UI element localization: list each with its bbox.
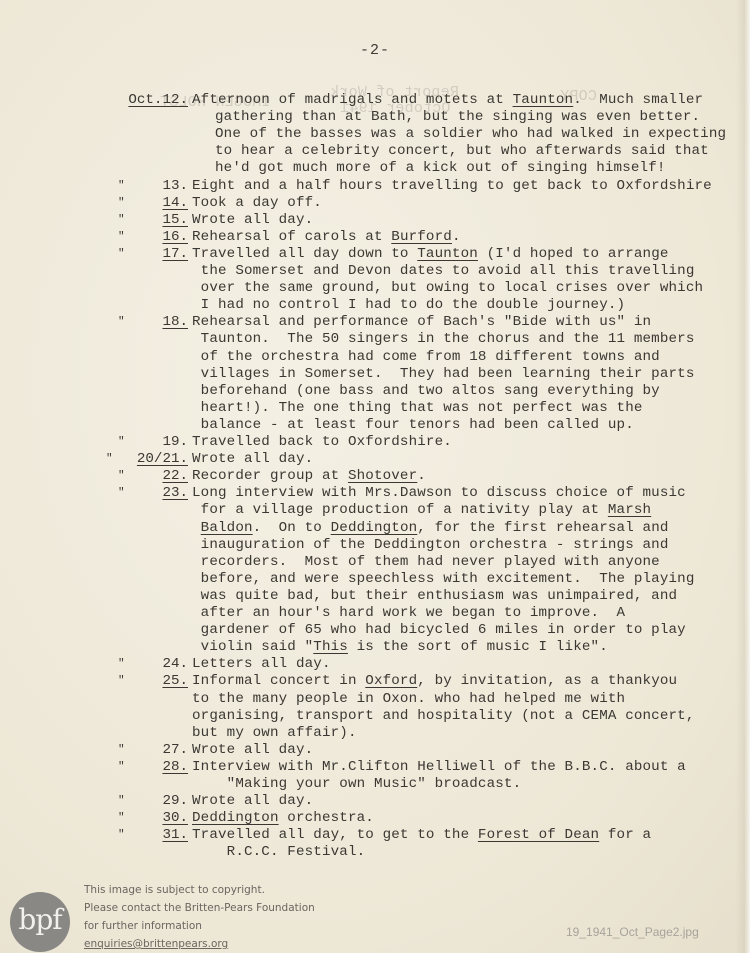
underlined-place-name: Taunton xyxy=(417,246,478,262)
entry-text-line: balance - at least four tenors had been … xyxy=(192,417,634,434)
underlined-place-name: Taunton xyxy=(513,92,574,108)
text-segment: Long interview with Mrs.Dawson to discus… xyxy=(192,485,686,501)
underlined-place-name: Burford xyxy=(391,229,452,245)
entry-text-line: violin said "This is the sort of music I… xyxy=(192,639,608,656)
entry-date: 18. xyxy=(162,314,188,331)
entry-date: 23. xyxy=(162,485,188,502)
text-segment: was quite bad, but their enthusiasm was … xyxy=(192,588,677,604)
ditto-mark: " xyxy=(118,212,125,229)
entry-text-line: for a village production of a nativity p… xyxy=(192,502,651,519)
text-segment: violin said " xyxy=(192,639,313,655)
text-segment: over the same ground, but owing to local… xyxy=(192,280,703,296)
text-segment: Travelled all day down to xyxy=(192,246,417,262)
page-number: -2- xyxy=(0,42,750,59)
entry-text-line: Baldon. On to Deddington, for the first … xyxy=(192,520,669,537)
text-segment: the Somerset and Devon dates to avoid al… xyxy=(192,263,695,279)
ditto-mark: " xyxy=(106,451,113,468)
text-segment: Took a day off. xyxy=(192,195,322,211)
ditto-mark: " xyxy=(118,178,125,195)
text-segment: organising, transport and hospitality (n… xyxy=(192,708,695,724)
entry-text-line: Informal concert in Oxford, by invitatio… xyxy=(192,673,677,690)
text-segment: Afternoon of madrigals and motets at xyxy=(192,92,513,108)
entry-date: 15. xyxy=(162,212,188,229)
entry-text-line: beforehand (one bass and two altos sang … xyxy=(192,383,660,400)
ditto-mark: " xyxy=(118,485,125,502)
entry-date: 22. xyxy=(162,468,188,485)
entry-text-line: Travelled back to Oxfordshire. xyxy=(192,434,452,451)
entry-text-line: Long interview with Mrs.Dawson to discus… xyxy=(192,485,686,502)
underlined-place-name: Marsh xyxy=(608,502,651,518)
entry-text-line: to hear a celebrity concert, but who aft… xyxy=(215,143,709,160)
text-segment: Wrote all day. xyxy=(192,793,313,809)
text-segment: villages in Somerset. They had been lear… xyxy=(192,366,695,382)
entry-text-line: after an hour's hard work we began to im… xyxy=(192,605,625,622)
ditto-mark: " xyxy=(118,229,125,246)
text-segment: to hear a celebrity concert, but who aft… xyxy=(215,143,709,159)
text-segment: inauguration of the Deddington orchestra… xyxy=(192,537,669,553)
entry-text-line: Travelled all day, to get to the Forest … xyxy=(192,827,651,844)
text-segment: Recorder group at xyxy=(192,468,348,484)
text-segment: Interview with Mr.Clifton Helliwell of t… xyxy=(192,759,686,775)
text-segment: (I'd hoped to arrange xyxy=(478,246,669,262)
text-segment: heart!). The one thing that was not perf… xyxy=(192,400,643,416)
text-segment: "Making your own Music" broadcast. xyxy=(192,776,521,792)
entry-date: 29. xyxy=(162,793,188,810)
underlined-place-name: Forest of Dean xyxy=(478,827,599,843)
entry-text-line: Wrote all day. xyxy=(192,212,313,229)
underlined-place-name: Oxford xyxy=(365,673,417,689)
text-segment: gardener of 65 who had bicycled 6 miles … xyxy=(192,622,686,638)
text-segment: . xyxy=(452,229,461,245)
entry-text-line: Wrote all day. xyxy=(192,451,313,468)
entry-date: 28. xyxy=(162,759,188,776)
entry-text-line: villages in Somerset. They had been lear… xyxy=(192,366,695,383)
underlined-place-name: Deddington xyxy=(331,520,418,536)
entry-text-line: I had no control I had to do the double … xyxy=(192,297,625,314)
text-segment: to the many people in Oxon. who had help… xyxy=(192,691,625,707)
entry-text-line: gathering than at Bath, but the singing … xyxy=(215,109,700,126)
entry-text-line: Rehearsal and performance of Bach's "Bid… xyxy=(192,314,651,331)
entry-text-line: to the many people in Oxon. who had help… xyxy=(192,691,625,708)
text-segment: he'd got much more of a kick out of sing… xyxy=(215,160,666,176)
underlined-place-name: Baldon xyxy=(201,520,253,536)
entry-text-line: inauguration of the Deddington orchestra… xyxy=(192,537,669,554)
entry-text-line: Deddington orchestra. xyxy=(192,810,374,827)
ditto-mark: " xyxy=(118,759,125,776)
ditto-mark: " xyxy=(118,673,125,690)
entry-date: 19. xyxy=(162,434,188,451)
ditto-mark: " xyxy=(118,742,125,759)
entry-text-line: but my own affair). xyxy=(192,725,357,742)
text-segment: orchestra. xyxy=(279,810,374,826)
copyright-watermark: bpf This image is subject to copyright. … xyxy=(0,878,300,946)
entry-date: 31. xyxy=(162,827,188,844)
ditto-mark: " xyxy=(118,810,125,827)
text-segment: R.C.C. Festival. xyxy=(192,844,365,860)
text-segment: after an hour's hard work we began to im… xyxy=(192,605,625,621)
text-segment: recorders. Most of them had never played… xyxy=(192,554,660,570)
entry-text-line: Taunton. The 50 singers in the chorus an… xyxy=(192,331,695,348)
text-segment: One of the basses was a soldier who had … xyxy=(215,126,726,142)
underlined-place-name: Shotover xyxy=(348,468,417,484)
text-segment: Travelled all day, to get to the xyxy=(192,827,478,843)
entry-text-line: R.C.C. Festival. xyxy=(192,844,365,861)
further-info-notice: for further information xyxy=(84,920,202,932)
text-segment: . On to xyxy=(253,520,331,536)
entry-date: 17. xyxy=(162,246,188,263)
text-segment: but my own affair). xyxy=(192,725,357,741)
entry-date: 13. xyxy=(162,178,188,195)
text-segment: of the orchestra had come from 18 differ… xyxy=(192,349,660,365)
entry-date: Oct.12. xyxy=(128,92,188,109)
text-segment: Wrote all day. xyxy=(192,451,313,467)
entry-text-line: Letters all day. xyxy=(192,656,331,673)
ditto-mark: " xyxy=(118,827,125,844)
underlined-place-name: This xyxy=(313,639,348,655)
email-link[interactable]: enquiries@brittenpears.org xyxy=(84,938,228,950)
entry-text-line: Wrote all day. xyxy=(192,793,313,810)
text-segment: I had no control I had to do the double … xyxy=(192,297,625,313)
entry-text-line: Interview with Mr.Clifton Helliwell of t… xyxy=(192,759,686,776)
underlined-place-name: Deddington xyxy=(192,810,279,826)
text-segment: . Much smaller xyxy=(573,92,703,108)
text-segment: Letters all day. xyxy=(192,656,331,672)
ditto-mark: " xyxy=(118,246,125,263)
entry-text-line: over the same ground, but owing to local… xyxy=(192,280,703,297)
entry-text-line: he'd got much more of a kick out of sing… xyxy=(215,160,666,177)
entry-date: 27. xyxy=(162,742,188,759)
entry-text-line: of the orchestra had come from 18 differ… xyxy=(192,349,660,366)
entry-text-line: "Making your own Music" broadcast. xyxy=(192,776,521,793)
page-edge-shadow xyxy=(736,0,750,953)
entry-date: 24. xyxy=(162,656,188,673)
entry-text-line: One of the basses was a soldier who had … xyxy=(215,126,726,143)
entry-text-line: Rehearsal of carols at Burford. xyxy=(192,229,461,246)
ditto-mark: " xyxy=(118,793,125,810)
text-segment: Rehearsal of carols at xyxy=(192,229,391,245)
file-name-label: 19_1941_Oct_Page2.jpg xyxy=(566,925,699,939)
bpf-logo: bpf xyxy=(10,892,70,952)
text-segment: Wrote all day. xyxy=(192,742,313,758)
text-segment: for a xyxy=(599,827,651,843)
ditto-mark: " xyxy=(118,314,125,331)
text-segment: Eight and a half hours travelling to get… xyxy=(192,178,712,194)
text-segment: Travelled back to Oxfordshire. xyxy=(192,434,452,450)
entry-text-line: Took a day off. xyxy=(192,195,322,212)
text-segment: gathering than at Bath, but the singing … xyxy=(215,109,700,125)
entry-text-line: heart!). The one thing that was not perf… xyxy=(192,400,643,417)
ditto-mark: " xyxy=(118,195,125,212)
text-segment: for a village production of a nativity p… xyxy=(192,502,608,518)
text-segment: , by invitation, as a thankyou xyxy=(417,673,677,689)
text-segment: Wrote all day. xyxy=(192,212,313,228)
entry-date: 30. xyxy=(162,810,188,827)
text-segment: beforehand (one bass and two altos sang … xyxy=(192,383,660,399)
entry-text-line: before, and were speechless with excitem… xyxy=(192,571,695,588)
entry-text-line: the Somerset and Devon dates to avoid al… xyxy=(192,263,695,280)
entry-text-line: Travelled all day down to Taunton (I'd h… xyxy=(192,246,669,263)
text-segment: is the sort of music I like". xyxy=(348,639,608,655)
text-segment: Taunton. The 50 singers in the chorus an… xyxy=(192,331,695,347)
entry-text-line: recorders. Most of them had never played… xyxy=(192,554,660,571)
text-segment: Informal concert in xyxy=(192,673,365,689)
entry-text-line: Wrote all day. xyxy=(192,742,313,759)
entry-date: 20/21. xyxy=(137,451,188,468)
contact-notice: Please contact the Britten-Pears Foundat… xyxy=(84,902,315,914)
entry-text-line: Afternoon of madrigals and motets at Tau… xyxy=(192,92,703,109)
entry-date: 25. xyxy=(162,673,188,690)
entry-text-line: was quite bad, but their enthusiasm was … xyxy=(192,588,677,605)
text-segment xyxy=(192,520,201,536)
ditto-mark: " xyxy=(118,434,125,451)
ditto-mark: " xyxy=(118,656,125,673)
entry-date: 16. xyxy=(162,229,188,246)
entry-text-line: Recorder group at Shotover. xyxy=(192,468,426,485)
entry-text-line: gardener of 65 who had bicycled 6 miles … xyxy=(192,622,686,639)
entry-text-line: organising, transport and hospitality (n… xyxy=(192,708,695,725)
entry-date: 14. xyxy=(162,195,188,212)
text-segment: . xyxy=(417,468,426,484)
entry-text-line: Eight and a half hours travelling to get… xyxy=(192,178,712,195)
ditto-mark: " xyxy=(118,468,125,485)
copyright-notice: This image is subject to copyright. xyxy=(84,884,265,896)
text-segment: balance - at least four tenors had been … xyxy=(192,417,634,433)
text-segment: , for the first rehearsal and xyxy=(417,520,668,536)
text-segment: Rehearsal and performance of Bach's "Bid… xyxy=(192,314,651,330)
text-segment: before, and were speechless with excitem… xyxy=(192,571,695,587)
